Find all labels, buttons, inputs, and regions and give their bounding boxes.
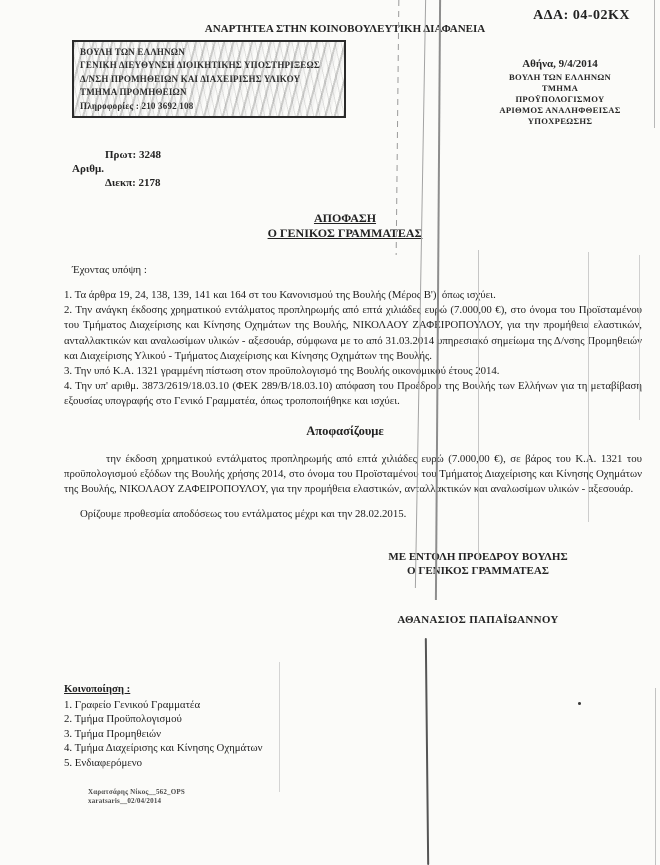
distribution-item-3: 3. Τμήμα Προμηθειών	[64, 727, 263, 742]
distribution-item-4: 4. Τμήμα Διαχείρισης και Κίνησης Οχημάτω…	[64, 741, 263, 756]
consideration-item-3: 3. Την υπό Κ.Α. 1321 γραμμένη πίστωση στ…	[64, 364, 642, 379]
ada-number: ΑΔΑ: 04-02ΚΧ	[533, 8, 630, 24]
decision-title: ΑΠΟΦΑΣΗ	[314, 211, 376, 225]
stamp-general-directorate: ΓΕΝΙΚΗ ΔΙΕΥΘΥΝΣΗ ΔΙΟΙΚΗΤΙΚΗΣ ΥΠΟΣΤΗΡΙΞΕΩ…	[80, 59, 338, 72]
decision-title-block: ΑΠΟΦΑΣΗ Ο ΓΕΝΙΚΟΣ ΓΡΑΜΜΑΤΕΑΣ	[30, 211, 660, 241]
commitment-number-label1: ΑΡΙΘΜΟΣ ΑΝΑΛΗΦΘΕΙΣΑΣ	[470, 105, 650, 116]
distribution-list: Κοινοποίηση : 1. Γραφείο Γενικού Γραμματ…	[64, 682, 263, 771]
distribution-item-2: 2. Τμήμα Προϋπολογισμού	[64, 712, 263, 727]
distribution-item-5: 5. Ενδιαφερόμενο	[64, 756, 263, 771]
deadline-text: Ορίζουμε προθεσμία αποδόσεως του εντάλμα…	[64, 508, 642, 520]
signature-block: ΜΕ ΕΝΤΟΛΗ ΠΡΟΕΔΡΟΥ ΒΟΥΛΗΣ Ο ΓΕΝΙΚΟΣ ΓΡΑΜ…	[346, 550, 610, 578]
stamp-department: ΤΜΗΜΑ ΠΡΟΜΗΘΕΙΩΝ	[80, 86, 338, 99]
scan-artifact-line	[279, 662, 280, 792]
footer-user-line: Χαρατσάρης Νίκος__562_ΟΡS	[88, 788, 185, 797]
issuing-org-name: ΒΟΥΛΗ ΤΩΝ ΕΛΛΗΝΩΝ	[470, 72, 650, 83]
decision-signatory-title: Ο ΓΕΝΙΚΟΣ ΓΡΑΜΜΑΤΕΑΣ	[268, 226, 423, 240]
issuing-dept-line2: ΠΡΟΫΠΟΛΟΓΙΣΜΟΥ	[470, 94, 650, 105]
ink-speck	[578, 702, 581, 705]
department-stamp: ΒΟΥΛΗ ΤΩΝ ΕΛΛΗΝΩΝ ΓΕΝΙΚΗ ΔΙΕΥΘΥΝΣΗ ΔΙΟΙΚ…	[72, 40, 346, 118]
decide-heading: Αποφασίζουμε	[30, 424, 660, 439]
scanned-document-page: ΑΔΑ: 04-02ΚΧ ΑΝΑΡΤΗΤΕΑ ΣΤΗΝ ΚΟΙΝΟΒΟΥΛΕΥΤ…	[0, 0, 660, 865]
consideration-item-2: 2. Την ανάγκη έκδοσης χρηματικού εντάλμα…	[64, 303, 642, 364]
consideration-item-4: 4. Την υπ' αριθμ. 3873/2619/18.03.10 (ΦΕ…	[64, 379, 642, 409]
considerations-list: 1. Τα άρθρα 19, 24, 138, 139, 141 και 16…	[64, 288, 642, 410]
having-regard-label: Έχοντας υπόψη :	[72, 264, 147, 276]
stamp-directorate: Δ/ΝΣΗ ΠΡΟΜΗΘΕΙΩΝ ΚΑΙ ΔΙΑΧΕΙΡΙΣΗΣ ΥΛΙΚΟΥ	[80, 73, 338, 86]
scan-artifact-line	[654, 0, 655, 128]
date-location: Αθήνα, 9/4/2014	[470, 58, 650, 70]
dispatch-number: Διεκπ: 2178	[105, 176, 161, 190]
footer-date-line: xaratsaris__02/04/2014	[88, 797, 185, 806]
commitment-number-label2: ΥΠΟΧΡΕΩΣΗΣ	[470, 116, 650, 127]
stamp-contact-info: Πληροφορίες : 210 3692 108	[80, 100, 338, 113]
consideration-item-1: 1. Τα άρθρα 19, 24, 138, 139, 141 και 16…	[64, 288, 642, 303]
stamp-org-name: ΒΟΥΛΗ ΤΩΝ ΕΛΛΗΝΩΝ	[80, 46, 338, 59]
protocol-label: Αριθμ.	[72, 162, 161, 176]
transparency-banner: ΑΝΑΡΤΗΤΕΑ ΣΤΗΝ ΚΟΙΝΟΒΟΥΛΕΥΤΙΚΗ ΔΙΑΦΑΝΕΙΑ	[30, 23, 660, 35]
distribution-item-1: 1. Γραφείο Γενικού Γραμματέα	[64, 698, 263, 713]
signatory-name: ΑΘΑΝΑΣΙΟΣ ΠΑΠΑΪΩΑΝΝΟΥ	[346, 614, 610, 626]
issuing-office-block: Αθήνα, 9/4/2014 ΒΟΥΛΗ ΤΩΝ ΕΛΛΗΝΩΝ ΤΜΗΜΑ …	[470, 58, 650, 127]
decision-body-paragraph: την έκδοση χρηματικού εντάλματος προπληρ…	[64, 452, 642, 498]
issuing-dept-line1: ΤΜΗΜΑ	[470, 83, 650, 94]
protocol-number: Πρωτ: 3248	[105, 148, 161, 162]
signature-title: Ο ΓΕΝΙΚΟΣ ΓΡΑΜΜΑΤΕΑΣ	[346, 564, 610, 578]
scan-artifact-line	[425, 638, 429, 865]
footer-annotation: Χαρατσάρης Νίκος__562_ΟΡS xaratsaris__02…	[88, 788, 185, 806]
distribution-heading: Κοινοποίηση :	[64, 682, 263, 697]
scan-artifact-line	[655, 688, 656, 865]
protocol-number-block: Πρωτ: 3248 Αριθμ. Διεκπ: 2178	[72, 148, 161, 190]
signature-order-line: ΜΕ ΕΝΤΟΛΗ ΠΡΟΕΔΡΟΥ ΒΟΥΛΗΣ	[346, 550, 610, 564]
